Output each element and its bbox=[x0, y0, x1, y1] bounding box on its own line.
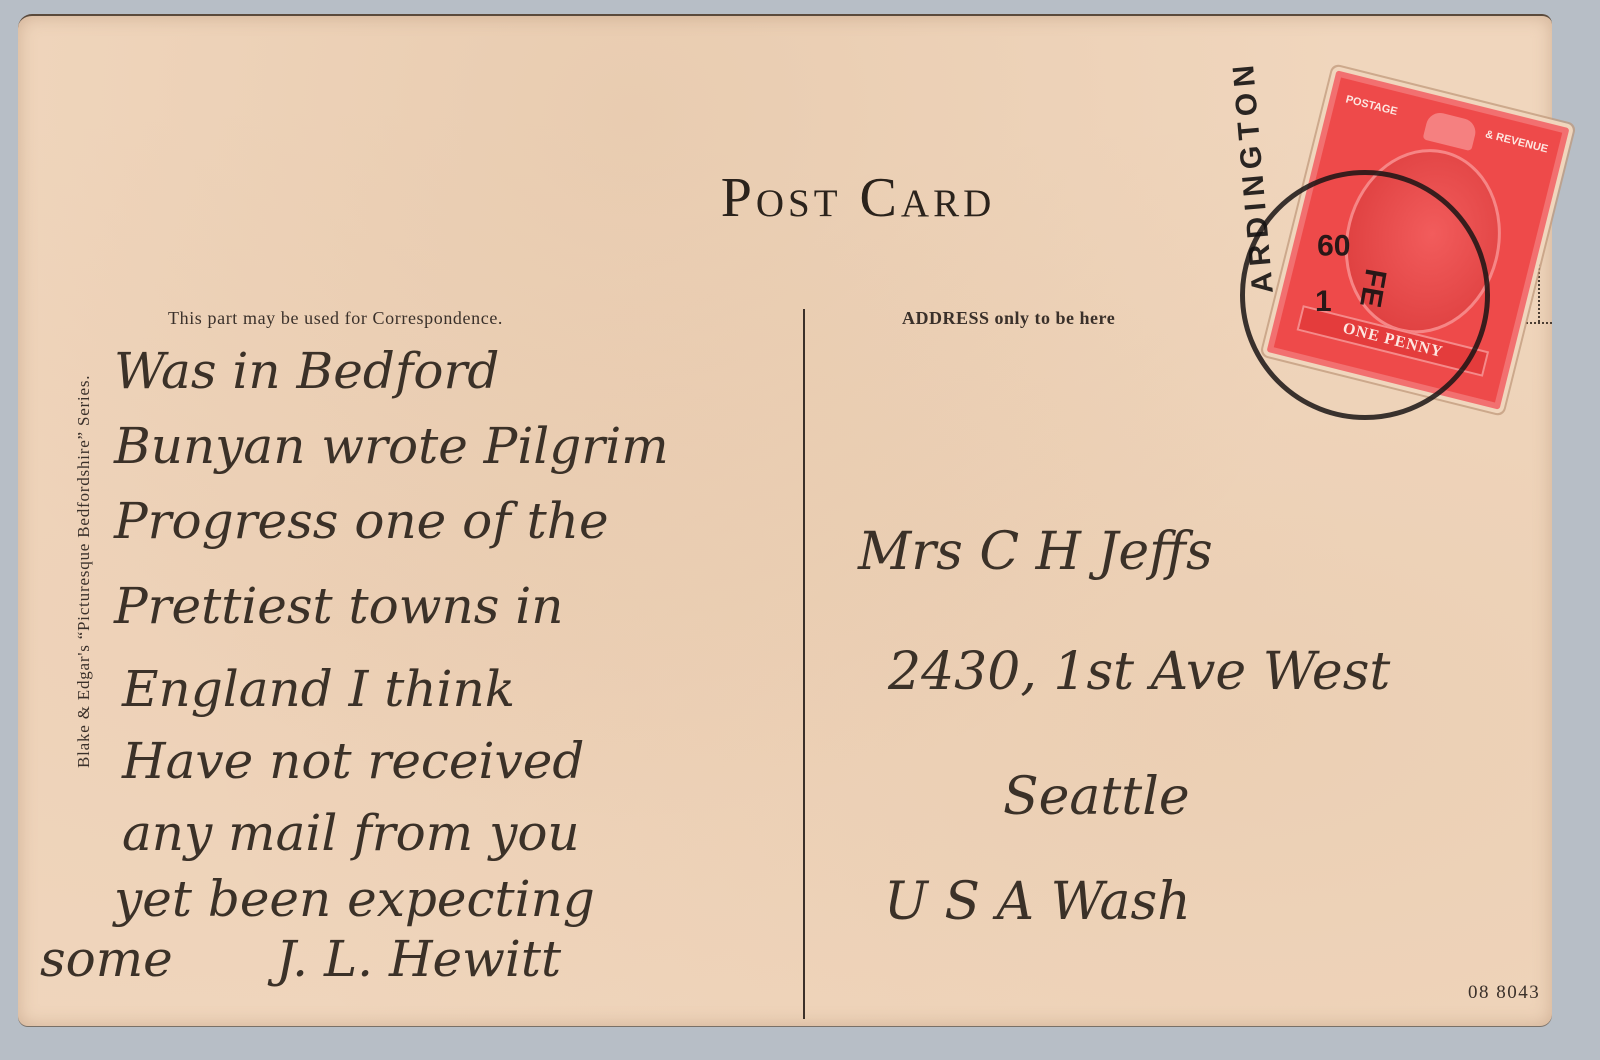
postmark-year: 09 bbox=[1317, 227, 1350, 261]
message-line: Have not received bbox=[122, 736, 584, 786]
message-line: England I think bbox=[122, 664, 515, 714]
signature: J. L. Hewitt bbox=[276, 934, 561, 984]
center-divider bbox=[803, 309, 805, 1019]
serial-number: 08 8043 bbox=[1468, 982, 1540, 1004]
postmark-month: FE bbox=[1352, 266, 1392, 310]
address-label: ADDRESS only to be here bbox=[902, 308, 1115, 329]
address-line-street: 2430, 1st Ave West bbox=[888, 646, 1390, 698]
correspondence-label: This part may be used for Correspondence… bbox=[168, 308, 503, 329]
message-line: yet been expecting bbox=[114, 874, 595, 924]
message-line: Bunyan wrote Pilgrim bbox=[114, 421, 669, 471]
postcard-title: Post Card bbox=[658, 166, 1058, 230]
address-line-name: Mrs C H Jeffs bbox=[858, 526, 1213, 578]
stamp-revenue-text: & REVENUE bbox=[1484, 128, 1549, 155]
stamp-box-bottom-line bbox=[1518, 322, 1552, 324]
publisher-line: Blake & Edgar's “Picturesque Bedfordshir… bbox=[74, 251, 104, 891]
address-line-country: U S A Wash bbox=[884, 876, 1191, 928]
message-line: Was in Bedford bbox=[114, 346, 499, 396]
message-line: Prettiest towns in bbox=[114, 581, 564, 631]
postmark-circle: 09 FE 1 ARDINGTON bbox=[1240, 170, 1490, 420]
message-line: any mail from you bbox=[122, 808, 580, 858]
address-line-city: Seattle bbox=[1003, 771, 1190, 823]
message-line: Progress one of the bbox=[114, 496, 609, 546]
postmark-day: 1 bbox=[1315, 285, 1332, 319]
message-line: some bbox=[40, 934, 173, 984]
stamp-postage-text: POSTAGE bbox=[1344, 94, 1398, 118]
